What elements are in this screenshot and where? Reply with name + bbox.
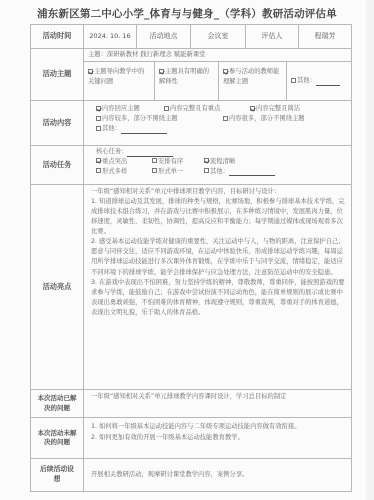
solved-label: 本次活动已解决的问题 xyxy=(30,389,84,418)
task-option-5[interactable]: 形式单一 xyxy=(152,167,202,177)
theme-topic: 主题：深研新教材 践行新理念 赋能新课堂 xyxy=(83,48,352,62)
highlight-item-3: 3. 在游戏中表现出不怕困难，努力坚持学练的精神，尊敬教师，尊重同伴，能按照游戏… xyxy=(91,278,347,318)
checkbox-checked-icon[interactable] xyxy=(96,158,101,163)
task-option-3[interactable]: 流程清晰 xyxy=(204,157,235,167)
highlights-intro: 一年级“感知相对关系”单元中排球项目教学内容，目标研讨与设计： xyxy=(91,187,347,197)
checkbox-checked-icon[interactable] xyxy=(159,69,164,74)
task-option-2[interactable]: 安排有序 xyxy=(152,157,202,167)
other-blank-line[interactable] xyxy=(121,127,167,134)
task-option-4[interactable]: 形式多样 xyxy=(96,167,150,177)
content-option-4[interactable]: 内容较多，部分不围绕主题 xyxy=(96,114,221,124)
checkbox-empty-icon[interactable] xyxy=(96,126,101,131)
checkbox-empty-icon[interactable] xyxy=(152,158,157,163)
form-title: 浦东新区第二中心小学_体育与与健身_（学科）教研活动评估单 xyxy=(0,6,374,21)
core-task-blank[interactable] xyxy=(127,150,173,157)
place-label: 活动地点 xyxy=(136,24,191,49)
checkbox-empty-icon[interactable] xyxy=(204,168,209,173)
task-options: 核心任务： 重点突出 安排有序 流程清晰 形式多样 形式单一 其他： xyxy=(83,145,352,185)
checkbox-empty-icon[interactable] xyxy=(96,168,101,173)
checkbox-checked-icon[interactable] xyxy=(88,69,93,74)
task-label: 活动任务 xyxy=(30,145,84,185)
core-task-label: 核心任务： xyxy=(96,148,127,155)
content-option-other[interactable]: 其他： xyxy=(96,124,167,134)
checkbox-empty-icon[interactable] xyxy=(223,116,228,121)
unsolved-item-1: 1. 如何将一年级基本运动技能内容与二年级专项运动技能内容做有效衔接。 xyxy=(91,421,347,432)
checkbox-empty-icon[interactable] xyxy=(152,168,157,173)
checkbox-checked-icon[interactable] xyxy=(96,106,101,111)
theme-option-3[interactable]: 参与活动的教师能理解主题 xyxy=(218,61,287,101)
content-label: 活动内容 xyxy=(30,100,84,146)
other-blank-line[interactable] xyxy=(229,169,275,176)
content-option-3[interactable]: 内容完整且简洁 xyxy=(250,104,300,114)
content-option-2[interactable]: 内容完整且有重点 xyxy=(164,104,248,114)
unsolved-label: 本次活动未解决的问题 xyxy=(30,417,84,459)
highlights-label: 活动亮点 xyxy=(30,184,84,390)
content-options: 内容回应主题 内容完整且有重点 内容完整且简洁 内容较多，部分不围绕主题 内容很… xyxy=(83,100,352,146)
unsolved-item-2: 2. 如何更加有效的开展一年级基本运动技能教育教学。 xyxy=(91,432,347,443)
checkbox-empty-icon[interactable] xyxy=(291,78,296,83)
task-option-1[interactable]: 重点突出 xyxy=(96,157,150,167)
other-blank-line[interactable] xyxy=(316,79,340,86)
unsolved-content: 1. 如何将一年级基本运动技能内容与二年级专项运动技能内容做有效衔接。 2. 如… xyxy=(83,417,352,459)
content-option-5[interactable]: 内容很多，部分不围绕主题 xyxy=(223,114,305,124)
solved-text: 一年级“感知相对关系”单元排球教学内容课时设计，学习总目标的制定 xyxy=(83,389,352,418)
highlight-item-1: 1. 知道排球运动及其发展，排球的种类与规格，比赛场地，积极参与排球基本技术学练… xyxy=(91,197,347,237)
theme-option-other[interactable]: 其他： xyxy=(286,61,352,101)
time-value: 2024. 10. 16 xyxy=(83,24,137,49)
time-label: 活动时间 xyxy=(30,24,84,49)
place-value: 会议室 xyxy=(190,24,246,49)
content-option-1[interactable]: 内容回应主题 xyxy=(96,104,162,114)
evaluator-label: 评估人 xyxy=(245,24,299,49)
theme-option-2[interactable]: 主题具有明确的解释性 xyxy=(154,61,219,101)
checkbox-checked-icon[interactable] xyxy=(223,69,228,74)
checkbox-checked-icon[interactable] xyxy=(204,158,209,163)
checkbox-empty-icon[interactable] xyxy=(96,116,101,121)
evaluator-value: 程瑞芳 xyxy=(298,24,352,49)
checkbox-empty-icon[interactable] xyxy=(164,106,169,111)
task-option-other[interactable]: 其他： xyxy=(204,167,275,177)
checkbox-checked-icon[interactable] xyxy=(250,106,255,111)
theme-label: 活动主题 xyxy=(30,48,84,101)
highlights-content: 一年级“感知相对关系”单元中排球项目教学内容，目标研讨与设计： 1. 知道排球运… xyxy=(83,184,352,390)
theme-option-1[interactable]: 主题导向教学中的关键问题 xyxy=(83,61,155,101)
followup-label: 后续活动设想 xyxy=(30,458,84,492)
highlight-item-2: 2. 感受基本运动技能学练对健康的重要性，关注运动中与人，与物的距离，注意保护自… xyxy=(91,237,347,277)
followup-text: 开展相关教研活动，观摩研讨课堂教学内容，案例分享。 xyxy=(83,458,352,492)
